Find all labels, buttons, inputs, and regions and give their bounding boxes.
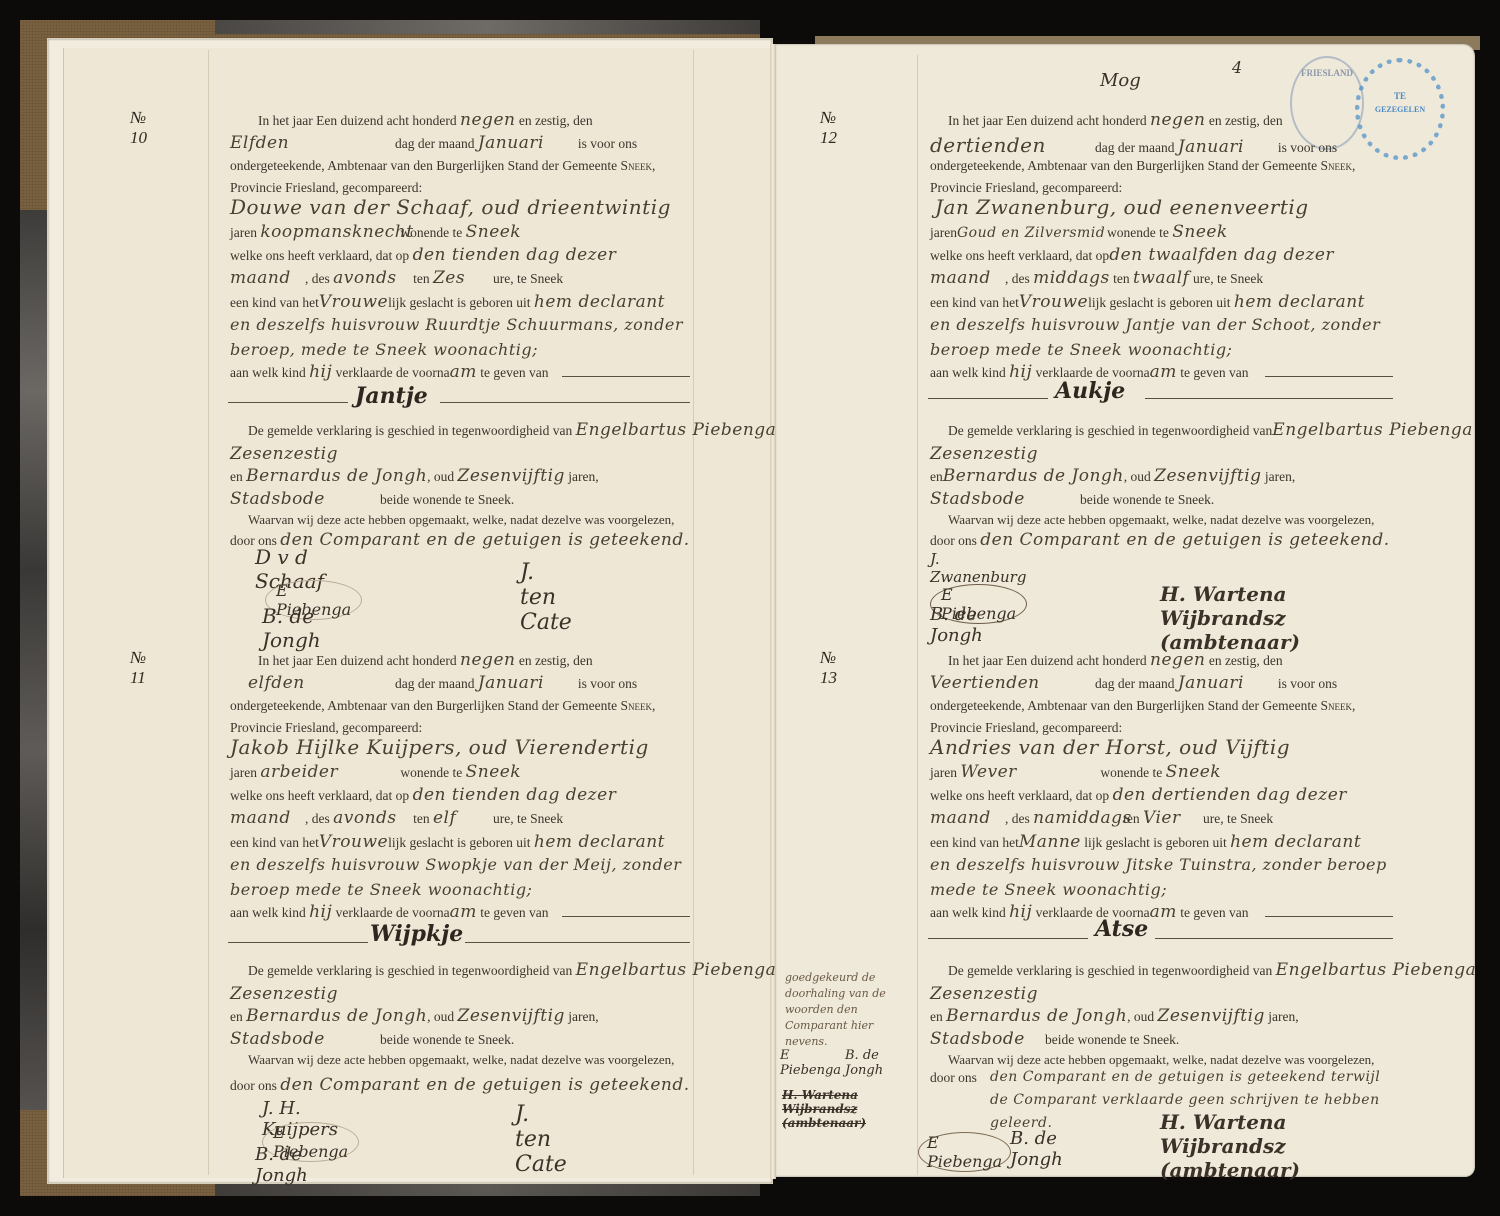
month-field: Januari bbox=[1178, 137, 1278, 157]
day-field: dertienden bbox=[930, 133, 1095, 157]
declarant: Douwe van der Schaaf, oud drieentwintig bbox=[230, 195, 671, 219]
left-right-margin-rule bbox=[693, 50, 694, 1175]
month-field: Januari bbox=[478, 133, 578, 153]
child-name: Jantje bbox=[355, 383, 428, 409]
day-field: Veertienden bbox=[930, 673, 1095, 693]
signature-registrar: J. ten Cate bbox=[520, 560, 572, 635]
signature-witness1: E Piebenga bbox=[918, 1132, 1011, 1172]
header-mark: Mog bbox=[1100, 70, 1141, 91]
margin-signature-witness1: E Piebenga bbox=[780, 1048, 841, 1078]
signature-declarant: J. Zwanenburg bbox=[930, 550, 1026, 586]
blue-tax-stamp: TE GEZEGELEN bbox=[1355, 58, 1445, 160]
margin-signature-witness2: B. de Jongh bbox=[845, 1048, 883, 1078]
record-number: № 10 bbox=[130, 108, 147, 148]
signature-registrar: H. Wartena Wijbrandsz (ambtenaar) bbox=[1160, 582, 1300, 654]
month-field: Januari bbox=[1178, 673, 1278, 693]
child-name: Wijpkje bbox=[370, 921, 463, 947]
signature-registrar: H. Wartena Wijbrandsz (ambtenaar) bbox=[1160, 1110, 1300, 1182]
signature-witness2: B. de Jongh bbox=[1010, 1128, 1063, 1170]
record-number: № 11 bbox=[130, 648, 146, 688]
page-number: 4 bbox=[1232, 58, 1242, 77]
signature-witness2: B. de Jongh bbox=[255, 1144, 308, 1186]
right-margin-rule bbox=[917, 55, 918, 1175]
record-number: № 13 bbox=[820, 648, 837, 688]
declarant: Andries van der Horst, oud Vijftig bbox=[930, 735, 1290, 759]
child-name: Aukje bbox=[1055, 378, 1125, 404]
declarant: Jan Zwanenburg, oud eenenveertig bbox=[935, 195, 1309, 219]
margin-signature-registrar: H. Wartena Wijbrandsz (ambtenaar) bbox=[782, 1088, 866, 1130]
marbled-cover-top bbox=[215, 20, 760, 34]
left-margin-rule bbox=[208, 50, 209, 1175]
month-field: Januari bbox=[478, 673, 578, 693]
day-field: Elfden bbox=[230, 133, 395, 153]
signature-registrar: J. ten Cate bbox=[515, 1102, 567, 1177]
book-gutter bbox=[770, 44, 776, 1179]
signature-witness2: B. de Jongh bbox=[262, 604, 321, 652]
declarant: Jakob Hijlke Kuijpers, oud Vierendertig bbox=[230, 735, 649, 759]
day-field: elfden bbox=[230, 673, 395, 693]
child-name: Atse bbox=[1095, 916, 1148, 942]
margin-annotation: goedgekeurd de doorhaling van de woorden… bbox=[785, 970, 915, 1050]
signature-witness2: B. de Jongh bbox=[930, 604, 983, 646]
record-number: № 12 bbox=[820, 108, 837, 148]
